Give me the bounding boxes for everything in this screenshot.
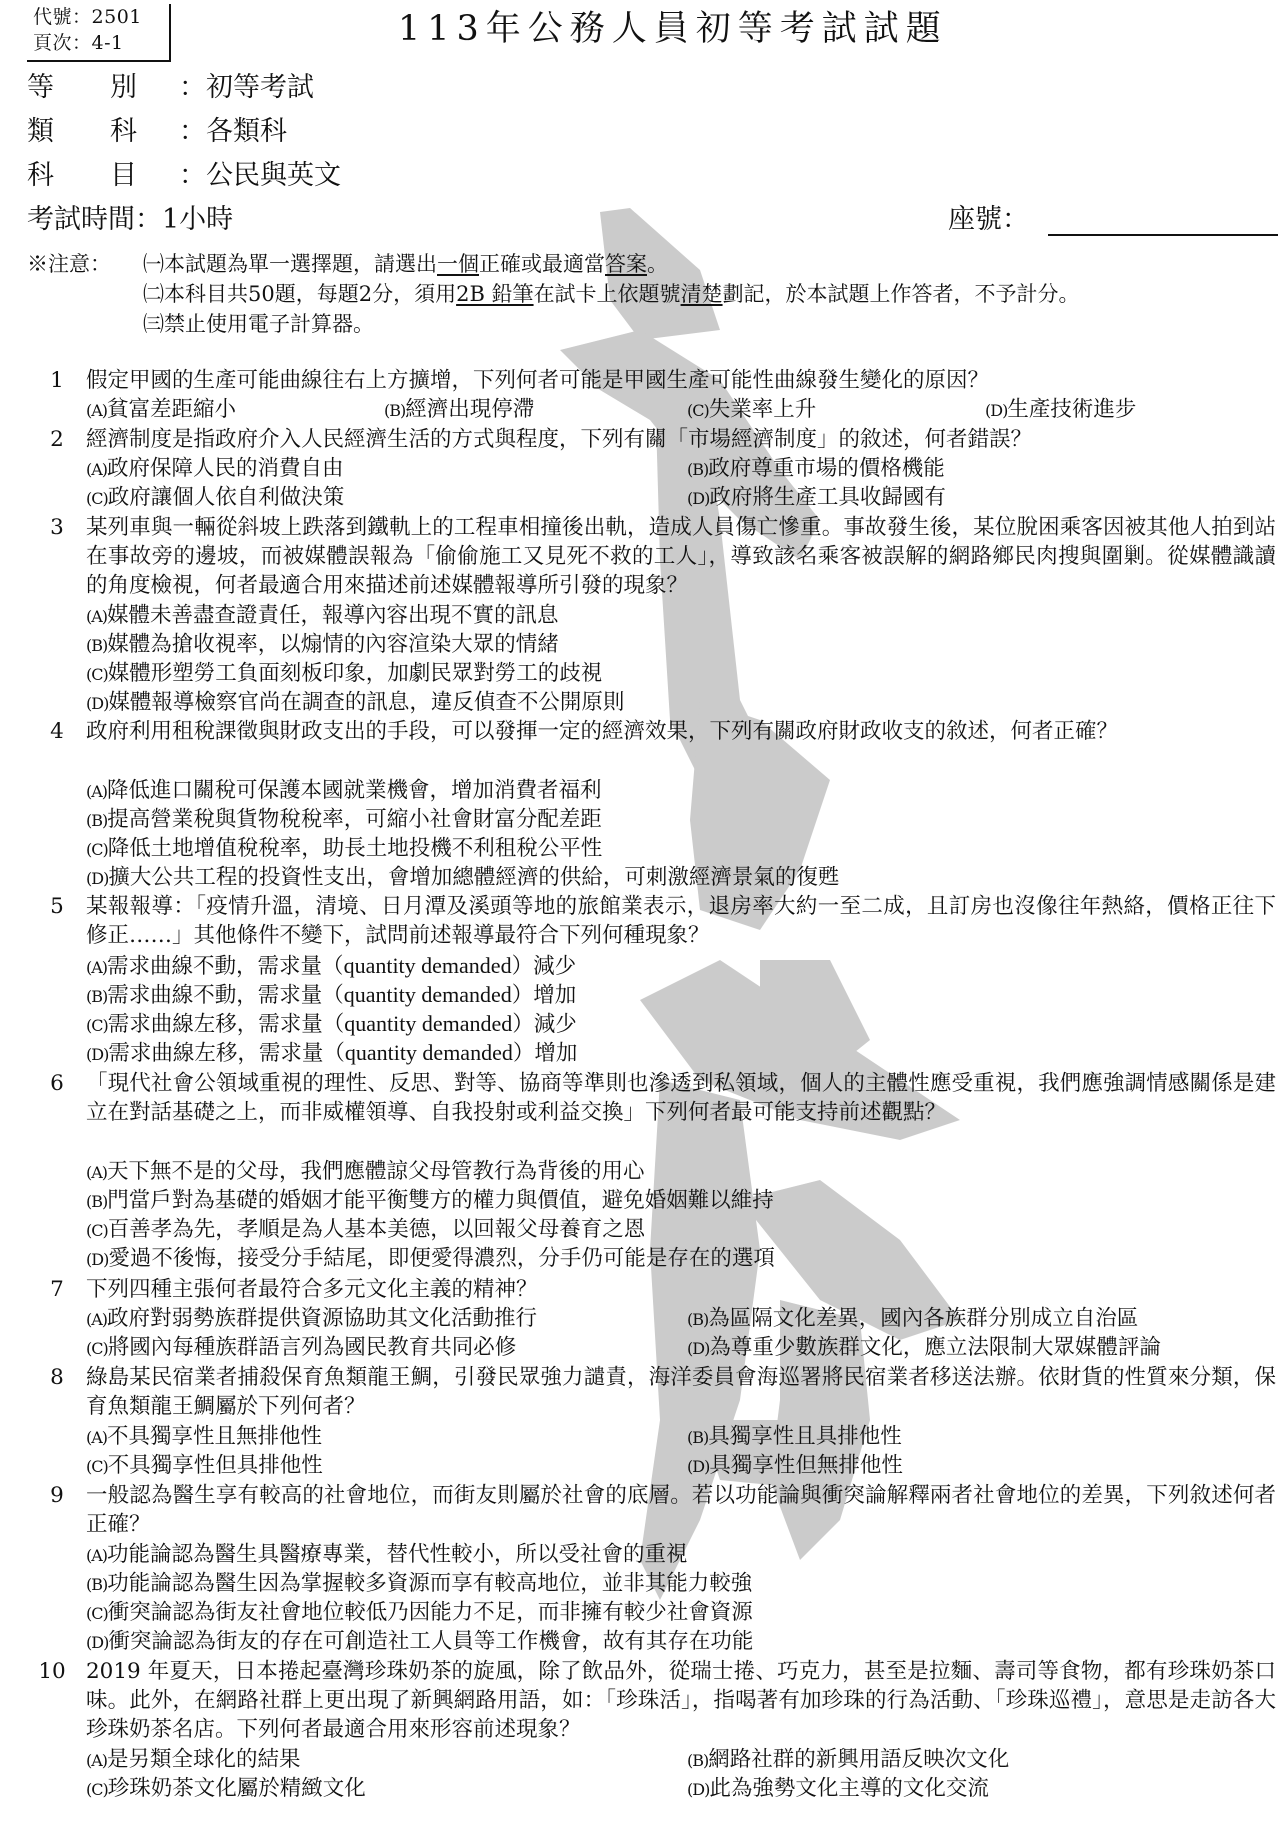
- question-stem: 某報報導：「疫情升溫，清境、日月潭及溪頭等地的旅館業表示，退房率大約一至二成，且…: [86, 892, 1276, 950]
- option-b[interactable]: (B)網路社群的新興用語反映次文化: [687, 1745, 1009, 1775]
- page-number: 頁次：4-1: [33, 30, 169, 56]
- exam-code: 代號：2501: [33, 4, 169, 30]
- option-d[interactable]: (D)具獨享性但無排他性: [687, 1451, 903, 1481]
- notice-heading: ※注意：: [27, 250, 111, 278]
- notice-item-1: ㈠本試題為單一選擇題，請選出一個正確或最適當答案。: [143, 250, 668, 278]
- option-b[interactable]: (B)經濟出現停滯: [384, 395, 534, 425]
- question-number: 6: [27, 1069, 87, 1098]
- question-stem: 政府利用租稅課徵與財政支出的手段，可以發揮一定的經濟效果，下列有關政府財政收支的…: [86, 717, 1276, 746]
- seat-number-field[interactable]: [1048, 234, 1278, 236]
- option-c[interactable]: (C)需求曲線左移，需求量（quantity demanded）減少: [86, 1009, 577, 1040]
- option-c[interactable]: (C)百善孝為先，孝順是為人基本美德，以回報父母養育之恩: [86, 1215, 645, 1245]
- question-number: 7: [27, 1275, 87, 1304]
- option-a[interactable]: (A)政府保障人民的消費自由: [86, 454, 344, 484]
- option-c[interactable]: (C)將國內每種族群語言列為國民教育共同必修: [86, 1333, 516, 1363]
- option-a[interactable]: (A)需求曲線不動，需求量（quantity demanded）減少: [86, 951, 576, 982]
- notice-item-2: ㈡本科目共50題，每題2分，須用2B 鉛筆在試卡上依題號清楚劃記，於本試題上作答…: [143, 280, 1080, 308]
- option-c[interactable]: (C)媒體形塑勞工負面刻板印象，加劇民眾對勞工的歧視: [86, 659, 602, 689]
- option-a[interactable]: (A)不具獨享性且無排他性: [86, 1422, 322, 1452]
- option-d[interactable]: (D)此為強勢文化主導的文化交流: [687, 1774, 989, 1804]
- question-stem: 經濟制度是指政府介入人民經濟生活的方式與程度，下列有關「市場經濟制度」的敘述，何…: [86, 425, 1276, 454]
- seat-label: 座號：: [948, 202, 1029, 238]
- question-number: 10: [22, 1657, 82, 1686]
- meta-subject-value: ：公民與英文: [179, 160, 341, 191]
- meta-category: 類科：各類科: [27, 114, 287, 150]
- option-b[interactable]: (B)具獨享性且具排他性: [687, 1422, 902, 1452]
- option-b[interactable]: (B)政府尊重市場的價格機能: [687, 454, 945, 484]
- notice-item-3: ㈢禁止使用電子計算器。: [143, 310, 374, 338]
- option-d[interactable]: (D)擴大公共工程的投資性支出，會增加總體經濟的供給，可刺激經濟景氣的復甦: [86, 863, 839, 893]
- question-number: 2: [27, 425, 87, 454]
- meta-subject: 科目：公民與英文: [27, 158, 341, 194]
- exam-page: 代號：2501 頁次：4-1 113年公務人員初等考試試題 等別：初等考試 類科…: [0, 0, 1280, 1826]
- meta-duration-value: ：1小時: [135, 204, 233, 235]
- question-stem: 一般認為醫生享有較高的社會地位，而街友則屬於社會的底層。若以功能論與衝突論解釋兩…: [86, 1481, 1276, 1539]
- option-d[interactable]: (D)需求曲線左移，需求量（quantity demanded）增加: [86, 1038, 577, 1069]
- option-d[interactable]: (D)衝突論認為街友的存在可創造社工人員等工作機會，故有其存在功能: [86, 1627, 753, 1657]
- meta-category-value: ：各類科: [179, 116, 287, 147]
- question-stem: 某列車與一輛從斜坡上跌落到鐵軌上的工程車相撞後出軌，造成人員傷亡慘重。事故發生後…: [86, 513, 1276, 601]
- option-c[interactable]: (C)政府讓個人依自利做決策: [86, 483, 344, 513]
- option-b[interactable]: (B)需求曲線不動，需求量（quantity demanded）增加: [86, 980, 576, 1011]
- question-number: 3: [27, 513, 87, 542]
- question-stem: 「現代社會公領域重視的理性、反思、對等、協商等準則也滲透到私領域，個人的主體性應…: [86, 1069, 1276, 1127]
- meta-duration: 考試時間：1小時: [27, 202, 233, 238]
- exam-code-value: 2501: [92, 6, 142, 28]
- option-a[interactable]: (A)貧富差距縮小: [86, 395, 236, 425]
- option-c[interactable]: (C)珍珠奶茶文化屬於精緻文化: [86, 1774, 366, 1804]
- page-number-value: 4-1: [92, 32, 124, 54]
- option-a[interactable]: (A)是另類全球化的結果: [86, 1745, 301, 1775]
- option-d[interactable]: (D)為尊重少數族群文化，應立法限制大眾媒體評論: [687, 1333, 1161, 1363]
- question-number: 5: [27, 892, 87, 921]
- meta-level-value: ：初等考試: [179, 72, 314, 103]
- option-c[interactable]: (C)降低土地增值稅稅率，助長土地投機不利租稅公平性: [86, 834, 602, 864]
- option-a[interactable]: (A)天下無不是的父母，我們應體諒父母管教行為背後的用心: [86, 1157, 645, 1187]
- question-number: 8: [27, 1363, 87, 1392]
- question-number: 4: [27, 717, 87, 746]
- question-stem: 假定甲國的生產可能曲線往右上方擴增，下列何者可能是甲國生產可能性曲線發生變化的原…: [86, 366, 1276, 395]
- meta-level: 等別：初等考試: [27, 70, 314, 106]
- option-d[interactable]: (D)愛過不後悔，接受分手結尾，即便愛得濃烈，分手仍可能是存在的選項: [86, 1244, 775, 1274]
- option-d[interactable]: (D)政府將生產工具收歸國有: [687, 483, 946, 513]
- option-d[interactable]: (D)媒體報導檢察官尚在調查的訊息，違反偵查不公開原則: [86, 688, 624, 718]
- code-box: 代號：2501 頁次：4-1: [27, 4, 171, 62]
- option-b[interactable]: (B)門當戶對為基礎的婚姻才能平衡雙方的權力與價值，避免婚姻難以維持: [86, 1186, 774, 1216]
- option-b[interactable]: (B)為區隔文化差異，國內各族群分別成立自治區: [687, 1304, 1138, 1334]
- option-d[interactable]: (D)生產技術進步: [985, 395, 1136, 425]
- question-stem: 下列四種主張何者最符合多元文化主義的精神？: [86, 1275, 1276, 1304]
- question-number: 9: [27, 1481, 87, 1510]
- option-c[interactable]: (C)失業率上升: [687, 395, 816, 425]
- option-c[interactable]: (C)衝突論認為街友社會地位較低乃因能力不足，而非擁有較少社會資源: [86, 1598, 753, 1628]
- question-stem: 綠島某民宿業者捕殺保育魚類龍王鯛，引發民眾強力譴責，海洋委員會海巡署將民宿業者移…: [86, 1363, 1276, 1421]
- option-b[interactable]: (B)功能論認為醫生因為掌握較多資源而享有較高地位，並非其能力較強: [86, 1569, 752, 1599]
- question-number: 1: [27, 366, 87, 395]
- option-b[interactable]: (B)媒體為搶收視率，以煽情的內容渲染大眾的情緒: [86, 630, 559, 660]
- option-a[interactable]: (A)政府對弱勢族群提供資源協助其文化活動推行: [86, 1304, 537, 1334]
- question-stem: 2019 年夏天，日本捲起臺灣珍珠奶茶的旋風，除了飲品外，從瑞士捲、巧克力，甚至…: [86, 1657, 1276, 1745]
- option-a[interactable]: (A)降低進口關稅可保護本國就業機會，增加消費者福利: [86, 776, 602, 806]
- option-a[interactable]: (A)媒體未善盡查證責任，報導內容出現不實的訊息: [86, 601, 559, 631]
- option-b[interactable]: (B)提高營業稅與貨物稅稅率，可縮小社會財富分配差距: [86, 805, 602, 835]
- page-title: 113年公務人員初等考試試題: [398, 4, 948, 54]
- option-c[interactable]: (C)不具獨享性但具排他性: [86, 1451, 323, 1481]
- option-a[interactable]: (A)功能論認為醫生具醫療專業，替代性較小，所以受社會的重視: [86, 1540, 688, 1570]
